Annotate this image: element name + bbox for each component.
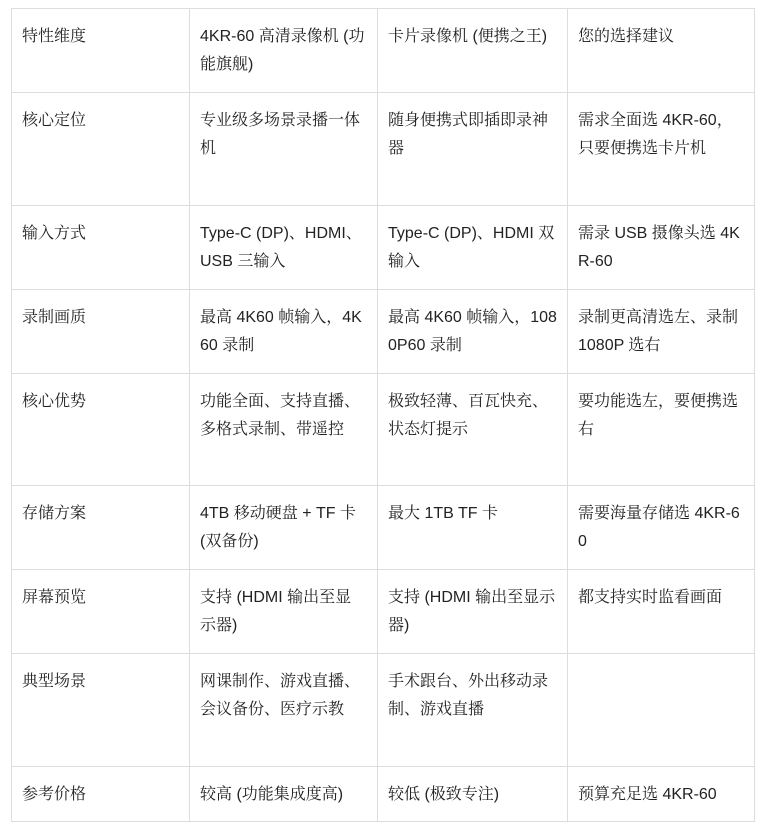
cell-recommendation: 都支持实时监看画面 — [568, 570, 755, 654]
cell-recommendation: 需求全面选 4KR-60，只要便携选卡片机 — [568, 93, 755, 206]
table-row: 典型场景 网课制作、游戏直播、会议备份、医疗示教 手术跟台、外出移动录制、游戏直… — [12, 654, 755, 767]
cell-4kr60: Type-C (DP)、HDMI、USB 三输入 — [190, 206, 378, 290]
cell-4kr60: 功能全面、支持直播、多格式录制、带遥控 — [190, 374, 378, 486]
row-label: 录制画质 — [12, 290, 190, 374]
cell-card-recorder: 极致轻薄、百瓦快充、状态灯提示 — [378, 374, 568, 486]
table-row: 参考价格 较高 (功能集成度高) 较低 (极致专注) 预算充足选 4KR-60 — [12, 767, 755, 822]
row-label: 核心优势 — [12, 374, 190, 486]
cell-recommendation: 需录 USB 摄像头选 4KR-60 — [568, 206, 755, 290]
cell-4kr60: 较高 (功能集成度高) — [190, 767, 378, 822]
cell-card-recorder: 手术跟台、外出移动录制、游戏直播 — [378, 654, 568, 767]
header-cell-card-recorder: 卡片录像机 (便携之王) — [378, 9, 568, 93]
cell-recommendation: 要功能选左，要便携选右 — [568, 374, 755, 486]
cell-recommendation: 录制更高清选左、录制 1080P 选右 — [568, 290, 755, 374]
cell-card-recorder: 随身便携式即插即录神器 — [378, 93, 568, 206]
row-label: 存储方案 — [12, 486, 190, 570]
row-label: 输入方式 — [12, 206, 190, 290]
cell-card-recorder: 支持 (HDMI 输出至显示器) — [378, 570, 568, 654]
table-row: 存储方案 4TB 移动硬盘 + TF 卡 (双备份) 最大 1TB TF 卡 需… — [12, 486, 755, 570]
cell-recommendation: 需要海量存储选 4KR-60 — [568, 486, 755, 570]
header-cell-recommendation: 您的选择建议 — [568, 9, 755, 93]
row-label: 参考价格 — [12, 767, 190, 822]
cell-4kr60: 专业级多场景录播一体机 — [190, 93, 378, 206]
cell-4kr60: 最高 4K60 帧输入，4K60 录制 — [190, 290, 378, 374]
table-row: 输入方式 Type-C (DP)、HDMI、USB 三输入 Type-C (DP… — [12, 206, 755, 290]
table-row: 核心定位 专业级多场景录播一体机 随身便携式即插即录神器 需求全面选 4KR-6… — [12, 93, 755, 206]
cell-4kr60: 4TB 移动硬盘 + TF 卡 (双备份) — [190, 486, 378, 570]
cell-card-recorder: 最大 1TB TF 卡 — [378, 486, 568, 570]
cell-card-recorder: 最高 4K60 帧输入，1080P60 录制 — [378, 290, 568, 374]
header-cell-dimension: 特性维度 — [12, 9, 190, 93]
row-label: 核心定位 — [12, 93, 190, 206]
table-row: 录制画质 最高 4K60 帧输入，4K60 录制 最高 4K60 帧输入，108… — [12, 290, 755, 374]
cell-recommendation — [568, 654, 755, 767]
table-row: 屏幕预览 支持 (HDMI 输出至显示器) 支持 (HDMI 输出至显示器) 都… — [12, 570, 755, 654]
table-header-row: 特性维度 4KR-60 高清录像机 (功能旗舰) 卡片录像机 (便携之王) 您的… — [12, 9, 755, 93]
cell-card-recorder: Type-C (DP)、HDMI 双输入 — [378, 206, 568, 290]
row-label: 典型场景 — [12, 654, 190, 767]
header-cell-4kr60: 4KR-60 高清录像机 (功能旗舰) — [190, 9, 378, 93]
table-row: 核心优势 功能全面、支持直播、多格式录制、带遥控 极致轻薄、百瓦快充、状态灯提示… — [12, 374, 755, 486]
row-label: 屏幕预览 — [12, 570, 190, 654]
cell-4kr60: 网课制作、游戏直播、会议备份、医疗示教 — [190, 654, 378, 767]
cell-recommendation: 预算充足选 4KR-60 — [568, 767, 755, 822]
cell-4kr60: 支持 (HDMI 输出至显示器) — [190, 570, 378, 654]
comparison-table: 特性维度 4KR-60 高清录像机 (功能旗舰) 卡片录像机 (便携之王) 您的… — [11, 8, 755, 822]
cell-card-recorder: 较低 (极致专注) — [378, 767, 568, 822]
